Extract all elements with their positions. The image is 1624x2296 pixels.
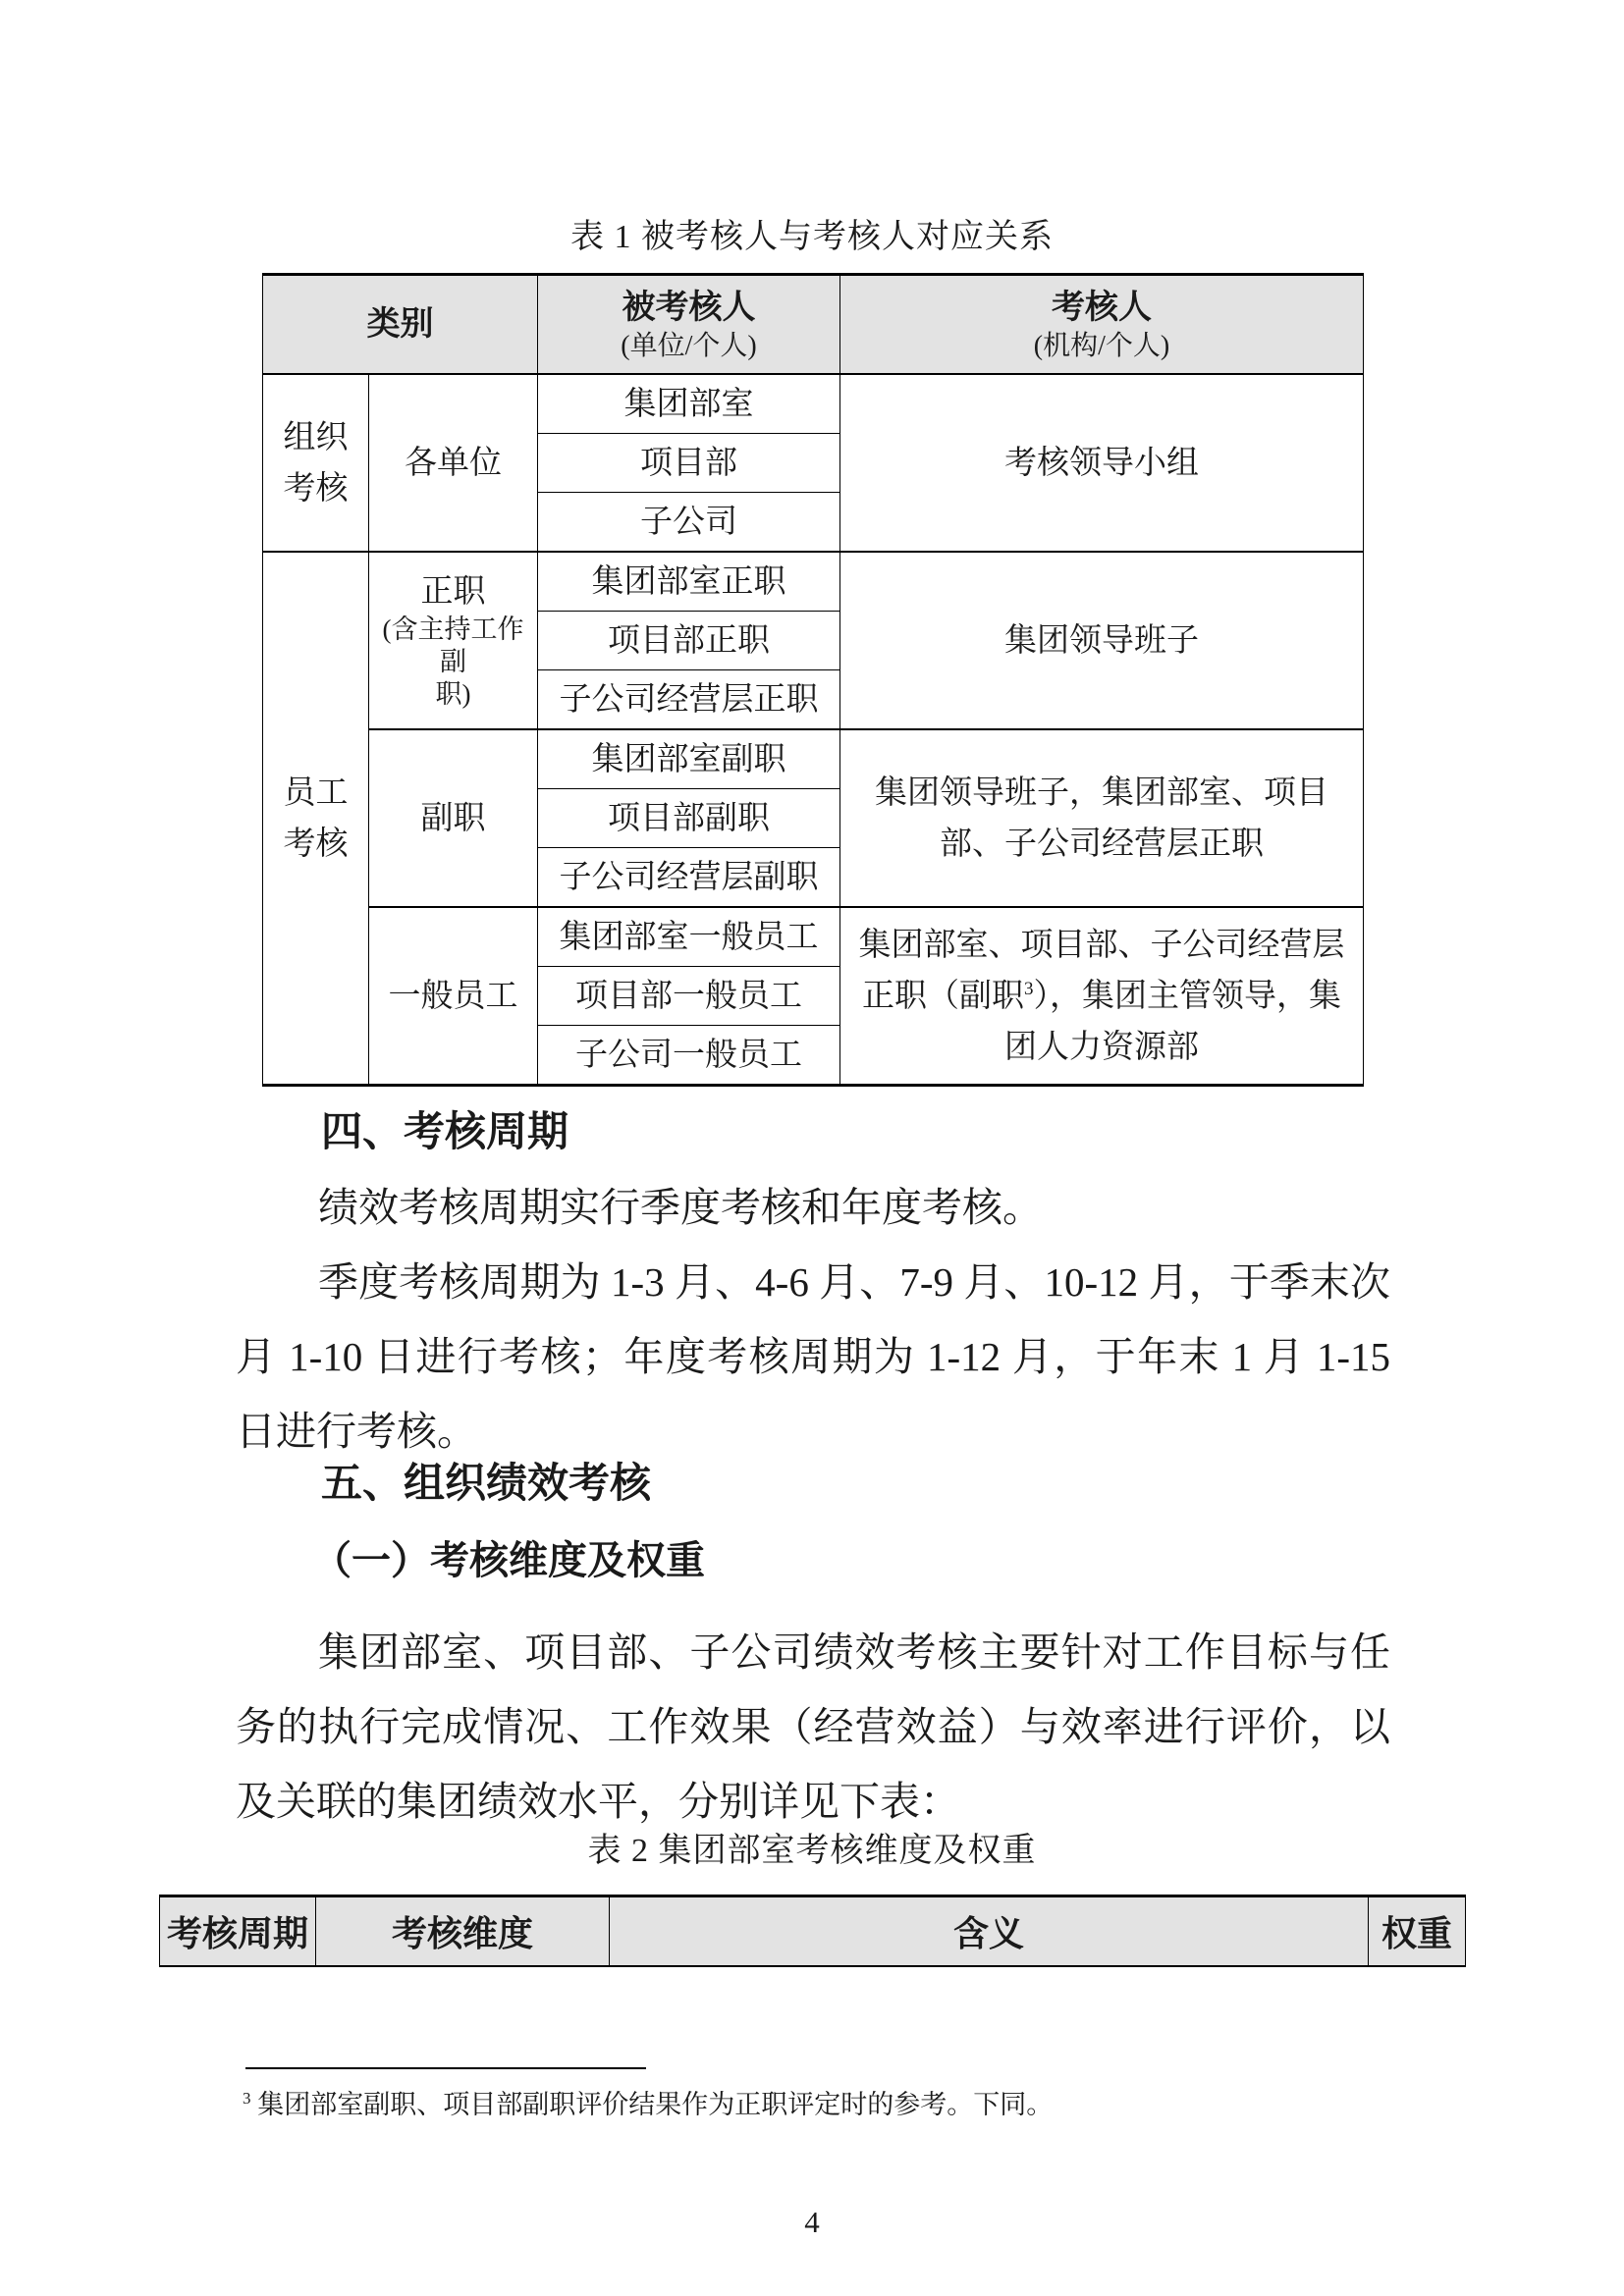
table1-row: 一般员工 集团部室一般员工 集团部室、项目部、子公司经营层正职（副职3），集团主… bbox=[263, 907, 1364, 967]
evaluatee-cell: 集团部室副职 bbox=[538, 729, 840, 789]
footnote-3-marker: 3 bbox=[243, 2089, 251, 2108]
evaluatee-cell: 项目部 bbox=[538, 434, 840, 493]
role-principal-label: 正职 bbox=[375, 570, 531, 614]
section5-paragraph-1: 集团部室、项目部、子公司绩效考核主要针对工作目标与任务的执行完成情况、工作效果（… bbox=[236, 1615, 1390, 1839]
evaluatee-cell: 子公司经营层正职 bbox=[538, 670, 840, 730]
evaluator-text-after: ），集团主管领导，集团人力资源部 bbox=[1004, 979, 1341, 1065]
evaluator-cell: 集团部室、项目部、子公司经营层正职（副职3），集团主管领导，集团人力资源部 bbox=[840, 907, 1364, 1086]
evaluator-cell: 考核领导小组 bbox=[840, 374, 1364, 552]
table1-header-row: 类别 被考核人 (单位/个人) 考核人 (机构/个人) bbox=[263, 275, 1364, 375]
role-principal-note: (含主持工作副 职) bbox=[375, 614, 531, 711]
header-evaluatee-label: 被考核人 bbox=[544, 287, 834, 330]
evaluatee-cell: 集团部室一般员工 bbox=[538, 907, 840, 967]
table2-caption: 表 2 集团部室考核维度及权重 bbox=[0, 1832, 1624, 1871]
table2-header-weight: 权重 bbox=[1369, 1896, 1466, 1967]
table1-row: 副职 集团部室副职 集团领导班子，集团部室、项目部、子公司经营层正职 bbox=[263, 729, 1364, 789]
table1-header-category: 类别 bbox=[263, 275, 538, 375]
evaluator-cell: 集团领导班子 bbox=[840, 552, 1364, 729]
table1-header-evaluator: 考核人 (机构/个人) bbox=[840, 275, 1364, 375]
header-evaluator-sub: (机构/个人) bbox=[846, 330, 1357, 363]
section4-paragraph-2: 季度考核周期为 1-3 月、4-6 月、7-9 月、10-12 月，于季末次月 … bbox=[236, 1245, 1390, 1468]
section4-paragraph-1: 绩效考核周期实行季度考核和年度考核。 bbox=[236, 1170, 1390, 1245]
evaluatee-cell: 集团部室 bbox=[538, 374, 840, 434]
table2-dimensions-weights: 考核周期 考核维度 含义 权重 bbox=[159, 1895, 1466, 1967]
role-deputy: 副职 bbox=[369, 729, 538, 907]
category-org-assessment: 组织 考核 bbox=[263, 374, 369, 552]
role-principal: 正职 (含主持工作副 职) bbox=[369, 552, 538, 729]
category-staff-assessment: 员工 考核 bbox=[263, 552, 369, 1086]
footnote-3: 3 集团部室副职、项目部副职评价结果作为正职评定时的参考。下同。 bbox=[243, 2079, 1401, 2124]
role-general-staff: 一般员工 bbox=[369, 907, 538, 1086]
footnote-ref-3: 3 bbox=[1024, 979, 1034, 999]
evaluatee-cell: 集团部室正职 bbox=[538, 552, 840, 612]
footnote-3-text: 集团部室副职、项目部副职评价结果作为正职评定时的参考。下同。 bbox=[257, 2090, 1053, 2119]
document-page: 表 1 被考核人与考核人对应关系 类别 被考核人 (单位/个人) 考核人 (机构… bbox=[0, 0, 1624, 2296]
evaluatee-cell: 子公司经营层副职 bbox=[538, 848, 840, 908]
table2-header-dimension: 考核维度 bbox=[316, 1896, 610, 1967]
table1-row: 组织 考核 各单位 集团部室 考核领导小组 bbox=[263, 374, 1364, 434]
table1-row: 员工 考核 正职 (含主持工作副 职) 集团部室正职 集团领导班子 bbox=[263, 552, 1364, 612]
table2-header-cycle: 考核周期 bbox=[160, 1896, 316, 1967]
table1-evaluatee-evaluator-mapping: 类别 被考核人 (单位/个人) 考核人 (机构/个人) 组织 考核 各单位 集团… bbox=[262, 273, 1364, 1087]
section5-subheading-1: （一）考核维度及权重 bbox=[312, 1537, 705, 1584]
page-number: 4 bbox=[0, 2205, 1624, 2240]
table2-header-row: 考核周期 考核维度 含义 权重 bbox=[160, 1896, 1466, 1967]
table2-header-meaning: 含义 bbox=[610, 1896, 1369, 1967]
header-evaluator-label: 考核人 bbox=[846, 287, 1357, 330]
evaluatee-cell: 子公司 bbox=[538, 493, 840, 553]
evaluatee-cell: 项目部副职 bbox=[538, 789, 840, 848]
role-all-units: 各单位 bbox=[369, 374, 538, 552]
section5-heading: 五、组织绩效考核 bbox=[321, 1459, 651, 1508]
footnote-separator bbox=[245, 2067, 646, 2069]
header-evaluatee-sub: (单位/个人) bbox=[544, 330, 834, 363]
header-category-label: 类别 bbox=[269, 303, 531, 347]
evaluatee-cell: 项目部正职 bbox=[538, 612, 840, 670]
table1-caption: 表 1 被考核人与考核人对应关系 bbox=[0, 218, 1624, 257]
evaluatee-cell: 子公司一般员工 bbox=[538, 1026, 840, 1086]
section4-heading: 四、考核周期 bbox=[321, 1107, 568, 1156]
table1-header-evaluatee: 被考核人 (单位/个人) bbox=[538, 275, 840, 375]
evaluatee-cell: 项目部一般员工 bbox=[538, 967, 840, 1026]
evaluator-cell: 集团领导班子，集团部室、项目部、子公司经营层正职 bbox=[840, 729, 1364, 907]
